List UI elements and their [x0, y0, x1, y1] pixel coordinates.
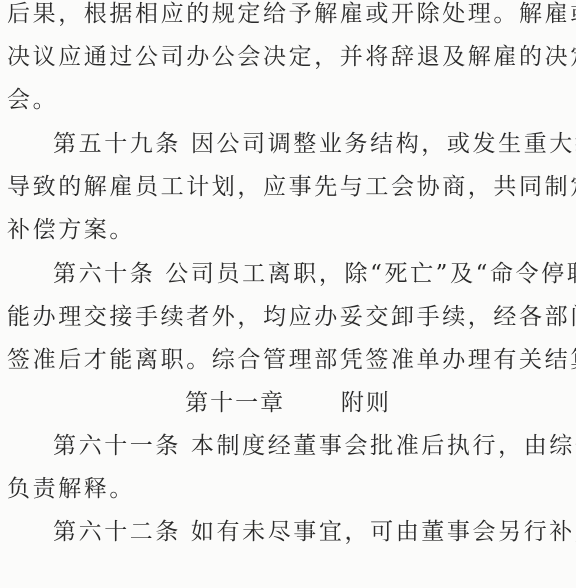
document-page: 后果，根据相应的规定给予解雇或开除处理。解雇或开除的 决议应通过公司办公会决定，… [0, 0, 576, 588]
article-61-line: 负责解释。 [7, 475, 573, 503]
article-59-line: 导致的解雇员工计划，应事先与工会协商，共同制定解雇及 [7, 173, 573, 201]
article-60-line: 第六十条 公司员工离职，除“死亡”及“命令停职”未 [53, 260, 573, 288]
paragraph-line: 会。 [7, 86, 573, 114]
article-59-line: 第五十九条 因公司调整业务结构，或发生重大经营变动 [53, 130, 573, 158]
paragraph-line: 后果，根据相应的规定给予解雇或开除处理。解雇或开除的 [7, 0, 573, 28]
article-60-line: 签准后才能离职。综合管理部凭签准单办理有关结算。 [7, 346, 573, 374]
article-61-line: 第六十一条 本制度经董事会批准后执行，由综合管理部 [53, 432, 573, 460]
article-60-line: 能办理交接手续者外，均应办妥交卸手续，经各部门接交人 [7, 303, 573, 331]
paragraph-line: 决议应通过公司办公会决定，并将辞退及解雇的决定通知工 [7, 43, 573, 71]
article-62-line: 第六十二条 如有未尽事宜，可由董事会另行补充规定。 [53, 518, 573, 546]
chapter-heading: 第十一章 附则 [0, 389, 576, 417]
article-59-line: 补偿方案。 [7, 216, 573, 244]
